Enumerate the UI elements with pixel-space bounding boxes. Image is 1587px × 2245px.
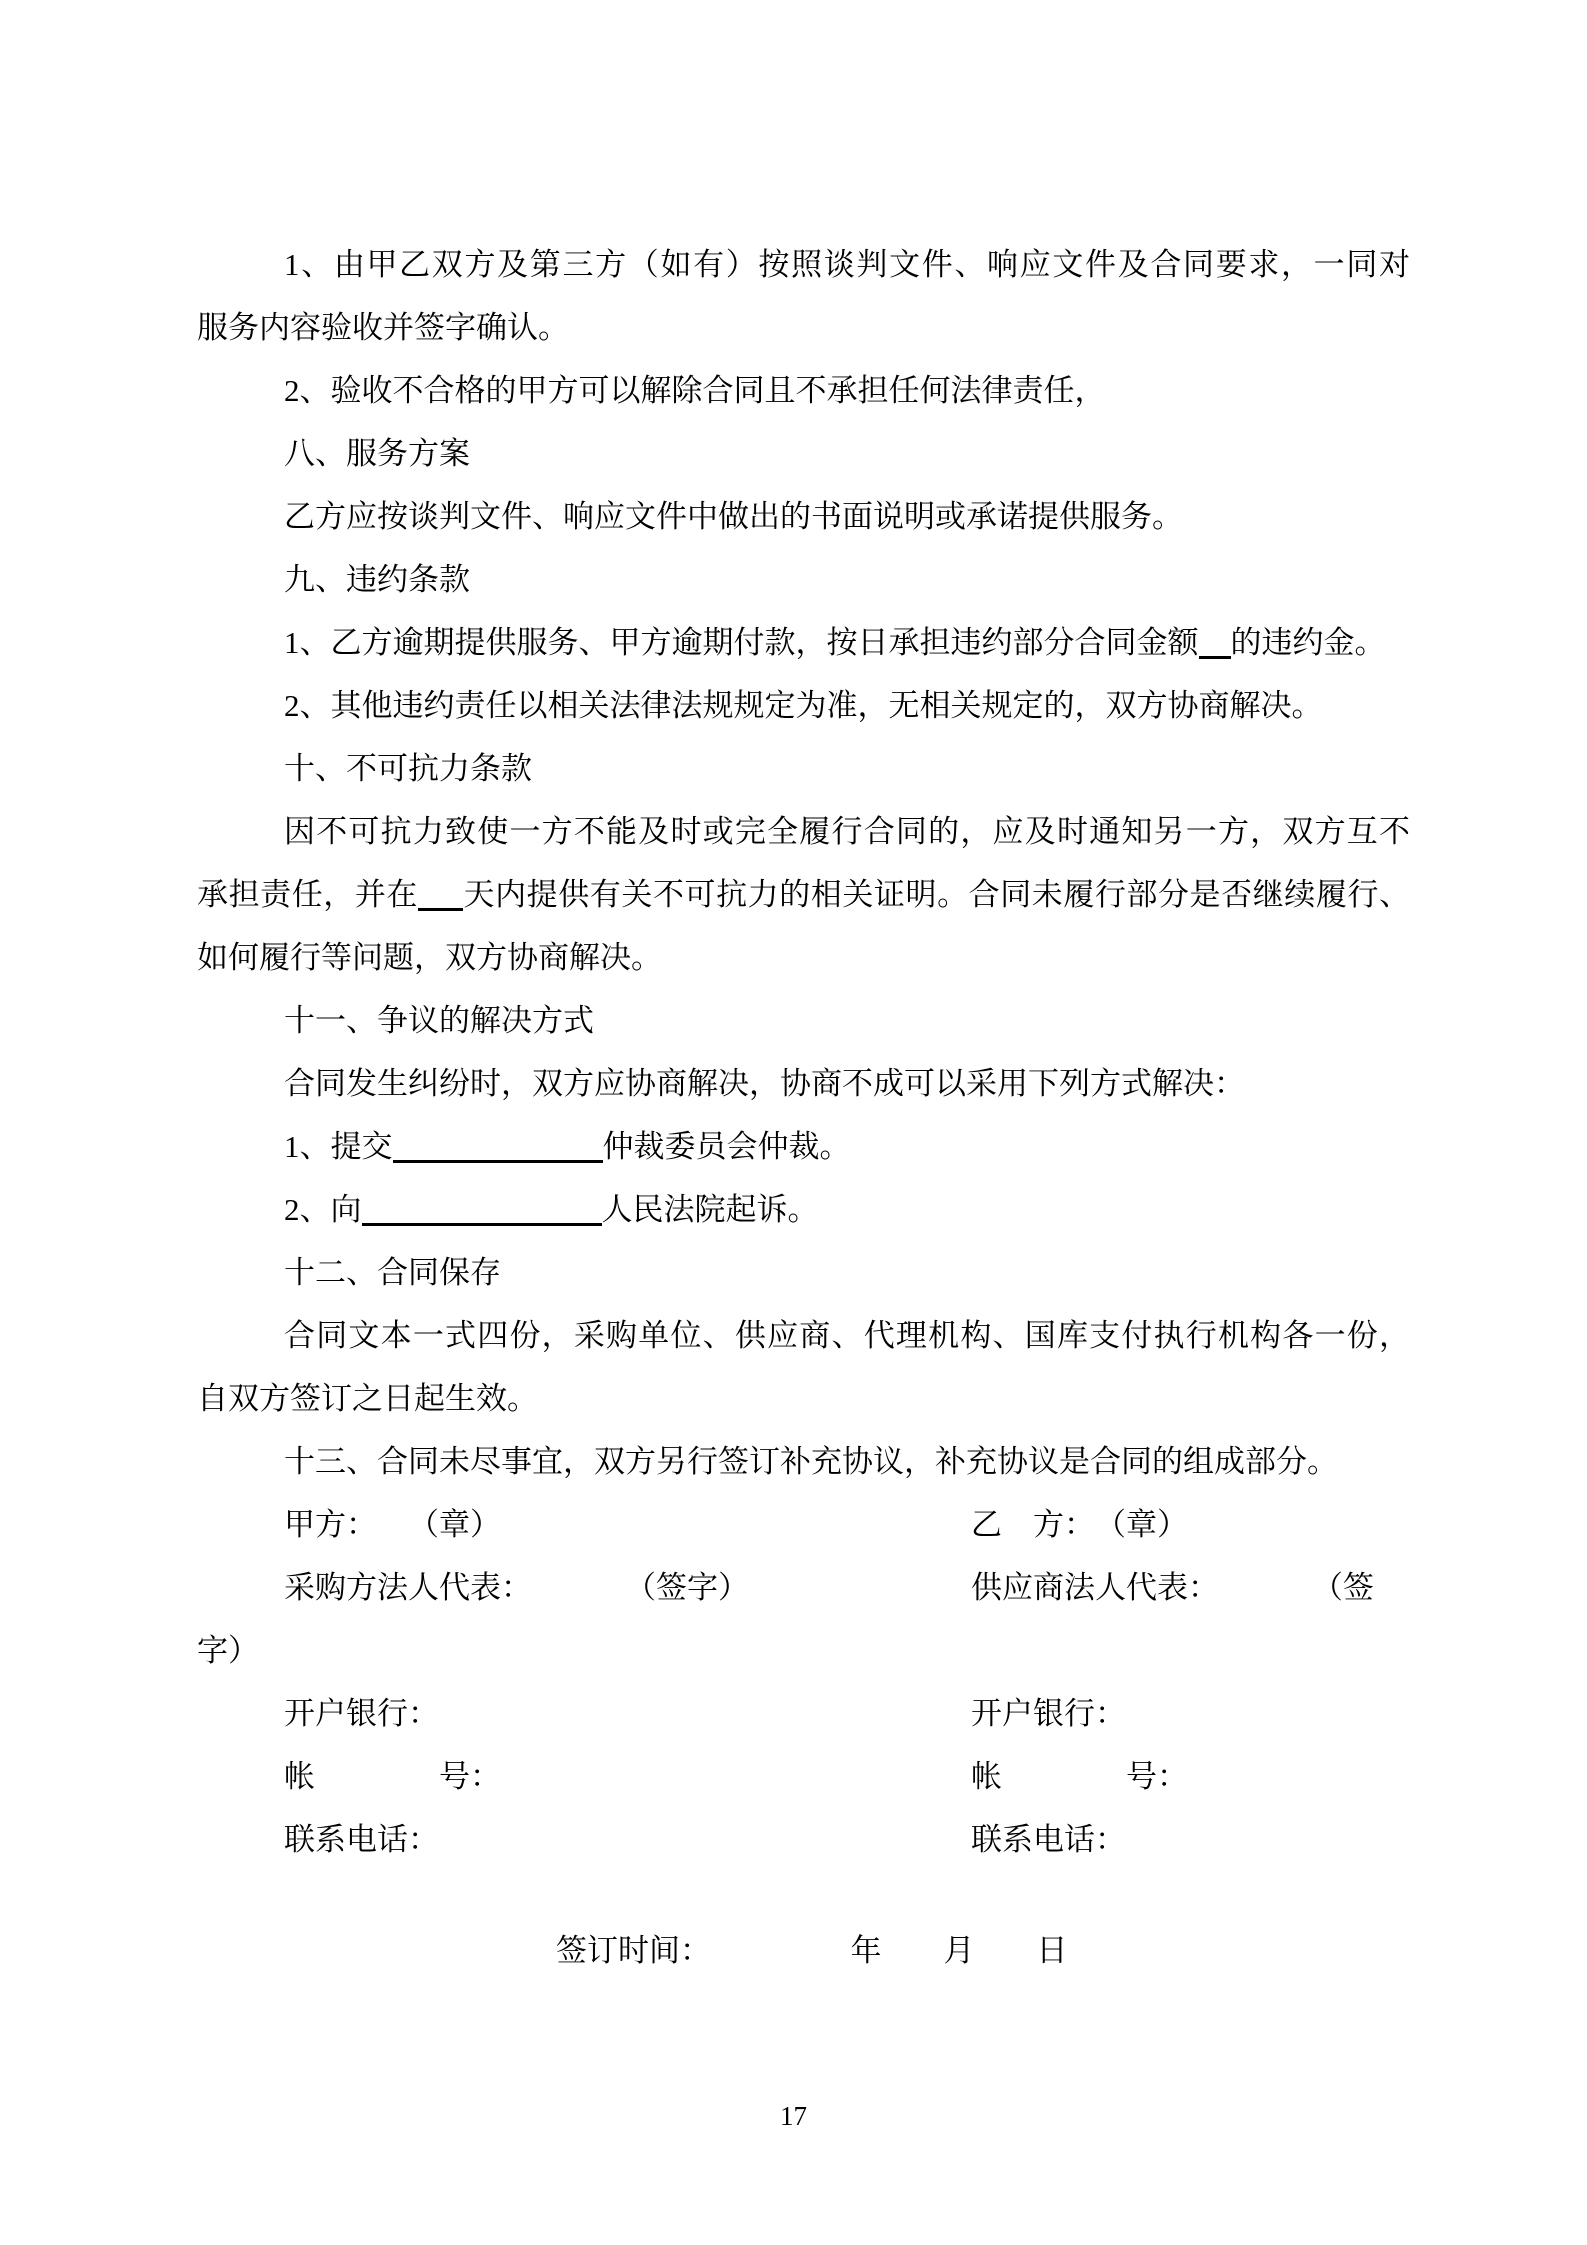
section-8-body: 乙方应按谈判文件、响应文件中做出的书面说明或承诺提供服务。 bbox=[197, 485, 1410, 548]
blank-underline bbox=[362, 1223, 602, 1226]
text-run: 十二、合同保存 bbox=[284, 1255, 501, 1290]
section-13-clause: 十三、合同未尽事宜，双方另行签订补充协议，补充协议是合同的组成部分。 bbox=[197, 1430, 1410, 1493]
representative-sign-row: 采购方法人代表： （签字）供应商法人代表： （签 bbox=[197, 1556, 1410, 1619]
text-run: 1、乙方逾期提供服务、甲方逾期付款，按日承担违约部分合同金额 bbox=[284, 625, 1199, 660]
section-12-body-line-2: 自双方签订之日起生效。 bbox=[197, 1367, 1410, 1430]
text-run: 十三、合同未尽事宜，双方另行签订补充协议，补充协议是合同的组成部分。 bbox=[284, 1444, 1338, 1479]
text-run: 因不可抗力致使一方不能及时或完全履行合同的，应及时通知另一方，双方互不 bbox=[284, 814, 1410, 849]
blank-underline bbox=[418, 908, 463, 911]
phone-row: 联系电话：联系电话： bbox=[197, 1808, 1410, 1871]
text-run: 仲裁委员会仲裁。 bbox=[603, 1129, 851, 1164]
text-run: 开户银行： bbox=[284, 1696, 439, 1731]
text-run: 合同文本一式四份，采购单位、供应商、代理机构、国库支付执行机构各一份， bbox=[284, 1318, 1410, 1353]
text-run: 2、验收不合格的甲方可以解除合同且不承担任何法律责任， bbox=[284, 373, 1106, 408]
text-run: 签订时间： 年 月 日 bbox=[556, 1933, 1068, 1968]
text-run: 的违约金。 bbox=[1231, 625, 1386, 660]
text-run: 2、向 bbox=[284, 1192, 362, 1227]
section-10-body-line-1: 因不可抗力致使一方不能及时或完全履行合同的，应及时通知另一方，双方互不 bbox=[197, 800, 1410, 863]
section-11-body: 合同发生纠纷时，双方应协商解决，协商不成可以采用下列方式解决： bbox=[197, 1052, 1410, 1115]
section-10-body-line-3: 如何履行等问题，双方协商解决。 bbox=[197, 926, 1410, 989]
phone-row-right: 联系电话： bbox=[971, 1808, 1410, 1871]
text-run: 八、服务方案 bbox=[284, 436, 470, 471]
text-run: 联系电话： bbox=[284, 1822, 439, 1857]
text-run: 承担责任，并在 bbox=[197, 877, 418, 912]
blank-underline bbox=[1199, 656, 1231, 659]
text-run: 如何履行等问题，双方协商解决。 bbox=[197, 940, 662, 975]
section-9-heading: 九、违约条款 bbox=[197, 548, 1410, 611]
text-run: 甲方： （章） bbox=[284, 1507, 501, 1542]
representative-sign-row-right: 供应商法人代表： （签 bbox=[971, 1556, 1410, 1619]
text-run: 帐 号： bbox=[284, 1759, 501, 1794]
section-10-heading: 十、不可抗力条款 bbox=[197, 737, 1410, 800]
account-row-right: 帐 号： bbox=[971, 1745, 1410, 1808]
section-11-heading: 十一、争议的解决方式 bbox=[197, 989, 1410, 1052]
text-run: 十一、争议的解决方式 bbox=[284, 1003, 594, 1038]
section-11-option-1: 1、提交仲裁委员会仲裁。 bbox=[197, 1115, 1410, 1178]
representative-sign-row-left: 采购方法人代表： （签字） bbox=[197, 1556, 971, 1619]
section-12-body-line-1: 合同文本一式四份，采购单位、供应商、代理机构、国库支付执行机构各一份， bbox=[197, 1304, 1410, 1367]
party-seal-row-right: 乙 方： （章） bbox=[971, 1493, 1410, 1556]
bank-row-left: 开户银行： bbox=[197, 1682, 971, 1745]
text-run: 1、由甲乙双方及第三方（如有）按照谈判文件、响应文件及合同要求，一同对 bbox=[284, 247, 1410, 282]
document-page: 1、由甲乙双方及第三方（如有）按照谈判文件、响应文件及合同要求，一同对服务内容验… bbox=[0, 0, 1587, 2245]
document-body: 1、由甲乙双方及第三方（如有）按照谈判文件、响应文件及合同要求，一同对服务内容验… bbox=[197, 233, 1410, 1982]
text-run: 1、提交 bbox=[284, 1129, 393, 1164]
party-seal-row: 甲方： （章）乙 方： （章） bbox=[197, 1493, 1410, 1556]
account-row: 帐 号：帐 号： bbox=[197, 1745, 1410, 1808]
bank-row-right: 开户银行： bbox=[971, 1682, 1410, 1745]
acceptance-clause-2: 2、验收不合格的甲方可以解除合同且不承担任何法律责任， bbox=[197, 359, 1410, 422]
signing-date-line: 签订时间： 年 月 日 bbox=[197, 1919, 1410, 1982]
text-run: 联系电话： bbox=[971, 1822, 1126, 1857]
text-run: 人民法院起诉。 bbox=[602, 1192, 819, 1227]
text-run: 供应商法人代表： （签 bbox=[971, 1570, 1374, 1605]
text-run: 2、其他违约责任以相关法律法规规定为准，无相关规定的，双方协商解决。 bbox=[284, 688, 1323, 723]
text-run: 服务内容验收并签字确认。 bbox=[197, 310, 569, 345]
text-run: 字） bbox=[197, 1633, 259, 1668]
account-row-left: 帐 号： bbox=[197, 1745, 971, 1808]
section-10-body-line-2: 承担责任，并在天内提供有关不可抗力的相关证明。合同未履行部分是否继续履行、 bbox=[197, 863, 1410, 926]
text-run: 九、违约条款 bbox=[284, 562, 470, 597]
text-run: 乙方应按谈判文件、响应文件中做出的书面说明或承诺提供服务。 bbox=[284, 499, 1183, 534]
text-run: 乙 方： （章） bbox=[971, 1507, 1188, 1542]
section-9-clause-2: 2、其他违约责任以相关法律法规规定为准，无相关规定的，双方协商解决。 bbox=[197, 674, 1410, 737]
text-run: 开户银行： bbox=[971, 1696, 1126, 1731]
text-run: 十、不可抗力条款 bbox=[284, 751, 532, 786]
text-run: 帐 号： bbox=[971, 1759, 1188, 1794]
section-12-heading: 十二、合同保存 bbox=[197, 1241, 1410, 1304]
text-run: 合同发生纠纷时，双方应协商解决，协商不成可以采用下列方式解决： bbox=[284, 1066, 1245, 1101]
text-run: 自双方签订之日起生效。 bbox=[197, 1381, 538, 1416]
acceptance-clause-1-line-2: 服务内容验收并签字确认。 bbox=[197, 296, 1410, 359]
section-11-option-2: 2、向人民法院起诉。 bbox=[197, 1178, 1410, 1241]
phone-row-left: 联系电话： bbox=[197, 1808, 971, 1871]
text-run: 采购方法人代表： （签字） bbox=[284, 1570, 749, 1605]
section-9-clause-1: 1、乙方逾期提供服务、甲方逾期付款，按日承担违约部分合同金额的违约金。 bbox=[197, 611, 1410, 674]
representative-sign-wrap: 字） bbox=[197, 1619, 1410, 1682]
page-number: 17 bbox=[0, 2100, 1587, 2132]
text-run: 天内提供有关不可抗力的相关证明。合同未履行部分是否继续履行、 bbox=[463, 877, 1410, 912]
acceptance-clause-1-line-1: 1、由甲乙双方及第三方（如有）按照谈判文件、响应文件及合同要求，一同对 bbox=[197, 233, 1410, 296]
section-8-heading: 八、服务方案 bbox=[197, 422, 1410, 485]
party-seal-row-left: 甲方： （章） bbox=[197, 1493, 971, 1556]
blank-underline bbox=[393, 1160, 603, 1163]
bank-row: 开户银行：开户银行： bbox=[197, 1682, 1410, 1745]
